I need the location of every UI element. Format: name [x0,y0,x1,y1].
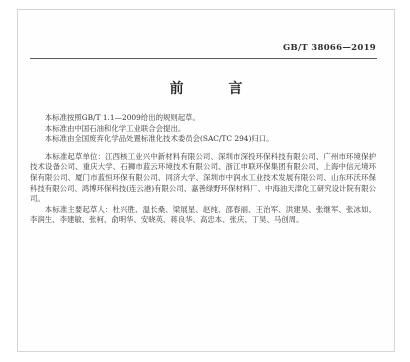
page-title: 前言 [18,78,394,98]
document-page: GB/T 38066—2019 前言 本标准按照GB/T 1.1—2009给出的… [17,9,395,352]
document-canvas: GB/T 38066—2019 前言 本标准按照GB/T 1.1—2009给出的… [0,0,410,362]
foreword-paragraph: 本标准主要起草人：杜兴胜、温长桑、梁展星、赵纯、邵春丽、王治军、洪建昊、张继军、… [30,205,376,226]
foreword-paragraph: 本标准由全国废弃化学品处置标准化技术委员会(SAC/TC 294)归口。 [30,134,376,145]
standard-number: GB/T 38066—2019 [283,43,376,53]
header-rule [30,58,377,59]
foreword-paragraph: 本标准由中国石油和化学工业联合会提出。 [30,124,376,135]
foreword-paragraph: 本标准按照GB/T 1.1—2009给出的规则起草。 [30,113,376,124]
foreword-paragraph: 本标准起草单位：江西核工业兴中新材料有限公司、深圳市深投环保科技有限公司、广州市… [30,152,376,205]
foreword-body: 本标准按照GB/T 1.1—2009给出的规则起草。 本标准由中国石油和化学工业… [30,113,376,226]
